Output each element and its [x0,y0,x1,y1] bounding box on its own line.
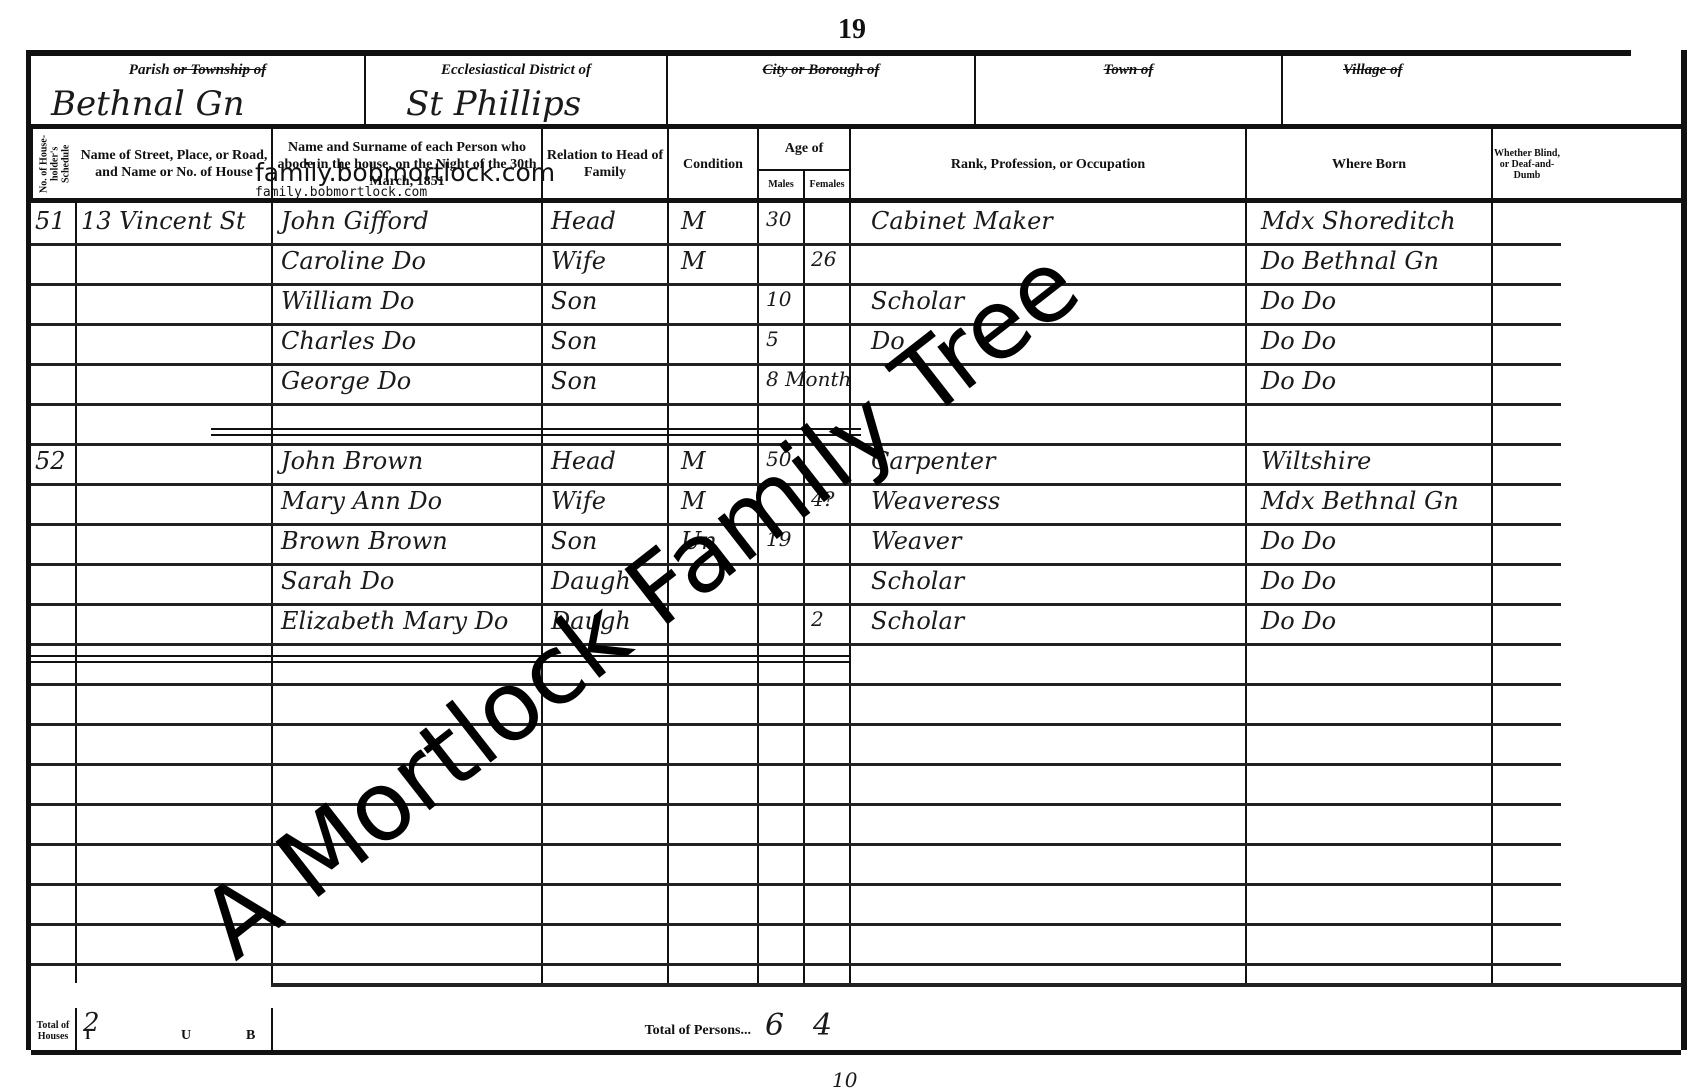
page-number: 19 [838,14,866,46]
col-divider [849,203,851,983]
ruled-line [31,763,1561,766]
occupation: Scholar [871,567,964,595]
relation: Son [551,287,597,315]
town-cell: Town of [976,56,1281,126]
person-name: Mary Ann Do [281,487,442,515]
person-name: Charles Do [281,327,416,355]
city-label: City or Borough of [668,62,974,79]
parish-struck-label: or Township of [173,62,266,78]
total-persons-label: Total of Persons... [271,1008,757,1054]
place-header: Parish or Township of Bethnal Gn Ecclesi… [31,56,1681,126]
total-females: 4 [813,1008,853,1054]
ruled-line [31,683,1561,686]
male-age: 5 [766,327,779,351]
ruled-line [31,403,1561,406]
male-age: 10 [766,287,791,311]
birthplace: Do Do [1261,607,1336,635]
birthplace: Do Do [1261,367,1336,395]
ruled-line [31,723,1561,726]
schedule-number: 52 [35,447,66,475]
street-address: 13 Vincent St [81,207,246,235]
ruled-line [31,643,1561,646]
person-name: William Do [281,287,414,315]
male-age: 30 [766,207,791,231]
ruled-line [31,243,1561,246]
household-separator [31,661,851,663]
col-age: Age of Males Females [759,129,851,199]
birthplace: Mdx Shoreditch [1261,207,1456,235]
relation: Head [551,207,616,235]
col-divider [803,203,805,983]
ruled-line [31,323,1561,326]
town-label: Town of [976,62,1281,79]
female-age: 26 [811,247,836,271]
person-name: Caroline Do [281,247,426,275]
relation: Wife [551,487,606,515]
relation: Son [551,527,597,555]
col-born: Where Born [1247,129,1493,199]
col-divider [75,203,77,983]
occupation: Weaver [871,527,961,555]
birthplace: Do Bethnal Gn [1261,247,1439,275]
relation: Head [551,447,616,475]
ruled-line [31,363,1561,366]
person-name: Brown Brown [281,527,448,555]
below-note: 10 [832,1068,857,1092]
village-label: Village of [1343,62,1403,79]
parish-label: Parish [129,62,170,78]
person-name: Sarah Do [281,567,394,595]
females-label: Females [805,171,849,199]
col-divider [1245,203,1247,983]
relation: Son [551,327,597,355]
col-divider [757,203,759,983]
household-separator [31,655,851,657]
males-label: Males [759,171,805,199]
col-street: Name of Street, Place, or Road, and Name… [77,129,273,199]
col-blind: Whether Blind, or Deaf-and-Dumb [1493,129,1561,199]
houses-uninhabited-label: U [181,1028,191,1044]
ruled-line [31,803,1561,806]
condition: M [681,207,706,235]
person-name: John Gifford [281,207,429,235]
houses-counts: I 2 U B [81,1008,271,1054]
ruled-line [31,603,1561,606]
birthplace: Do Do [1261,527,1336,555]
ruled-line [31,563,1561,566]
col-condition: Condition [669,129,759,199]
birthplace: Do Do [1261,327,1336,355]
col-relation: Relation to Head of Family [543,129,669,199]
col-occupation: Rank, Profession, or Occupation [851,129,1247,199]
birthplace: Wiltshire [1261,447,1371,475]
birthplace: Do Do [1261,567,1336,595]
col-divider [1491,203,1493,983]
city-cell: City or Borough of [668,56,976,126]
relation: Son [551,367,597,395]
district-value: St Phillips [406,84,581,124]
parish-cell: Parish or Township of Bethnal Gn [31,56,366,126]
site-watermark-large: family.bobmortlock.com [255,158,555,187]
relation: Wife [551,247,606,275]
houses-inhabited-value: 2 [83,1008,100,1038]
female-age: 2 [811,607,824,631]
household-separator [211,428,861,430]
district-label: Ecclesiastical District of [366,62,666,79]
condition: M [681,247,706,275]
schedule-number: 51 [35,207,66,235]
age-label: Age of [759,129,849,171]
footer-rule [271,983,1681,987]
person-name: Elizabeth Mary Do [281,607,508,635]
parish-value: Bethnal Gn [51,84,245,124]
district-cell: Ecclesiastical District of St Phillips [366,56,668,126]
col-divider [541,203,543,983]
site-watermark-small: family.bobmortlock.com [255,185,427,200]
condition: M [681,447,706,475]
birthplace: Mdx Bethnal Gn [1261,487,1459,515]
occupation: Scholar [871,607,964,635]
houses-building-label: B [246,1028,255,1044]
village-cell: Village of [1281,56,1633,126]
person-name: John Brown [281,447,423,475]
total-males: 6 [765,1008,805,1054]
occupation: Weaveress [871,487,1000,515]
total-houses-label: Total of Houses [31,1008,77,1054]
person-name: George Do [281,367,411,395]
birthplace: Do Do [1261,287,1336,315]
ruled-line [31,283,1561,286]
col-schedule: No. of House-holder's Schedule [31,129,77,199]
